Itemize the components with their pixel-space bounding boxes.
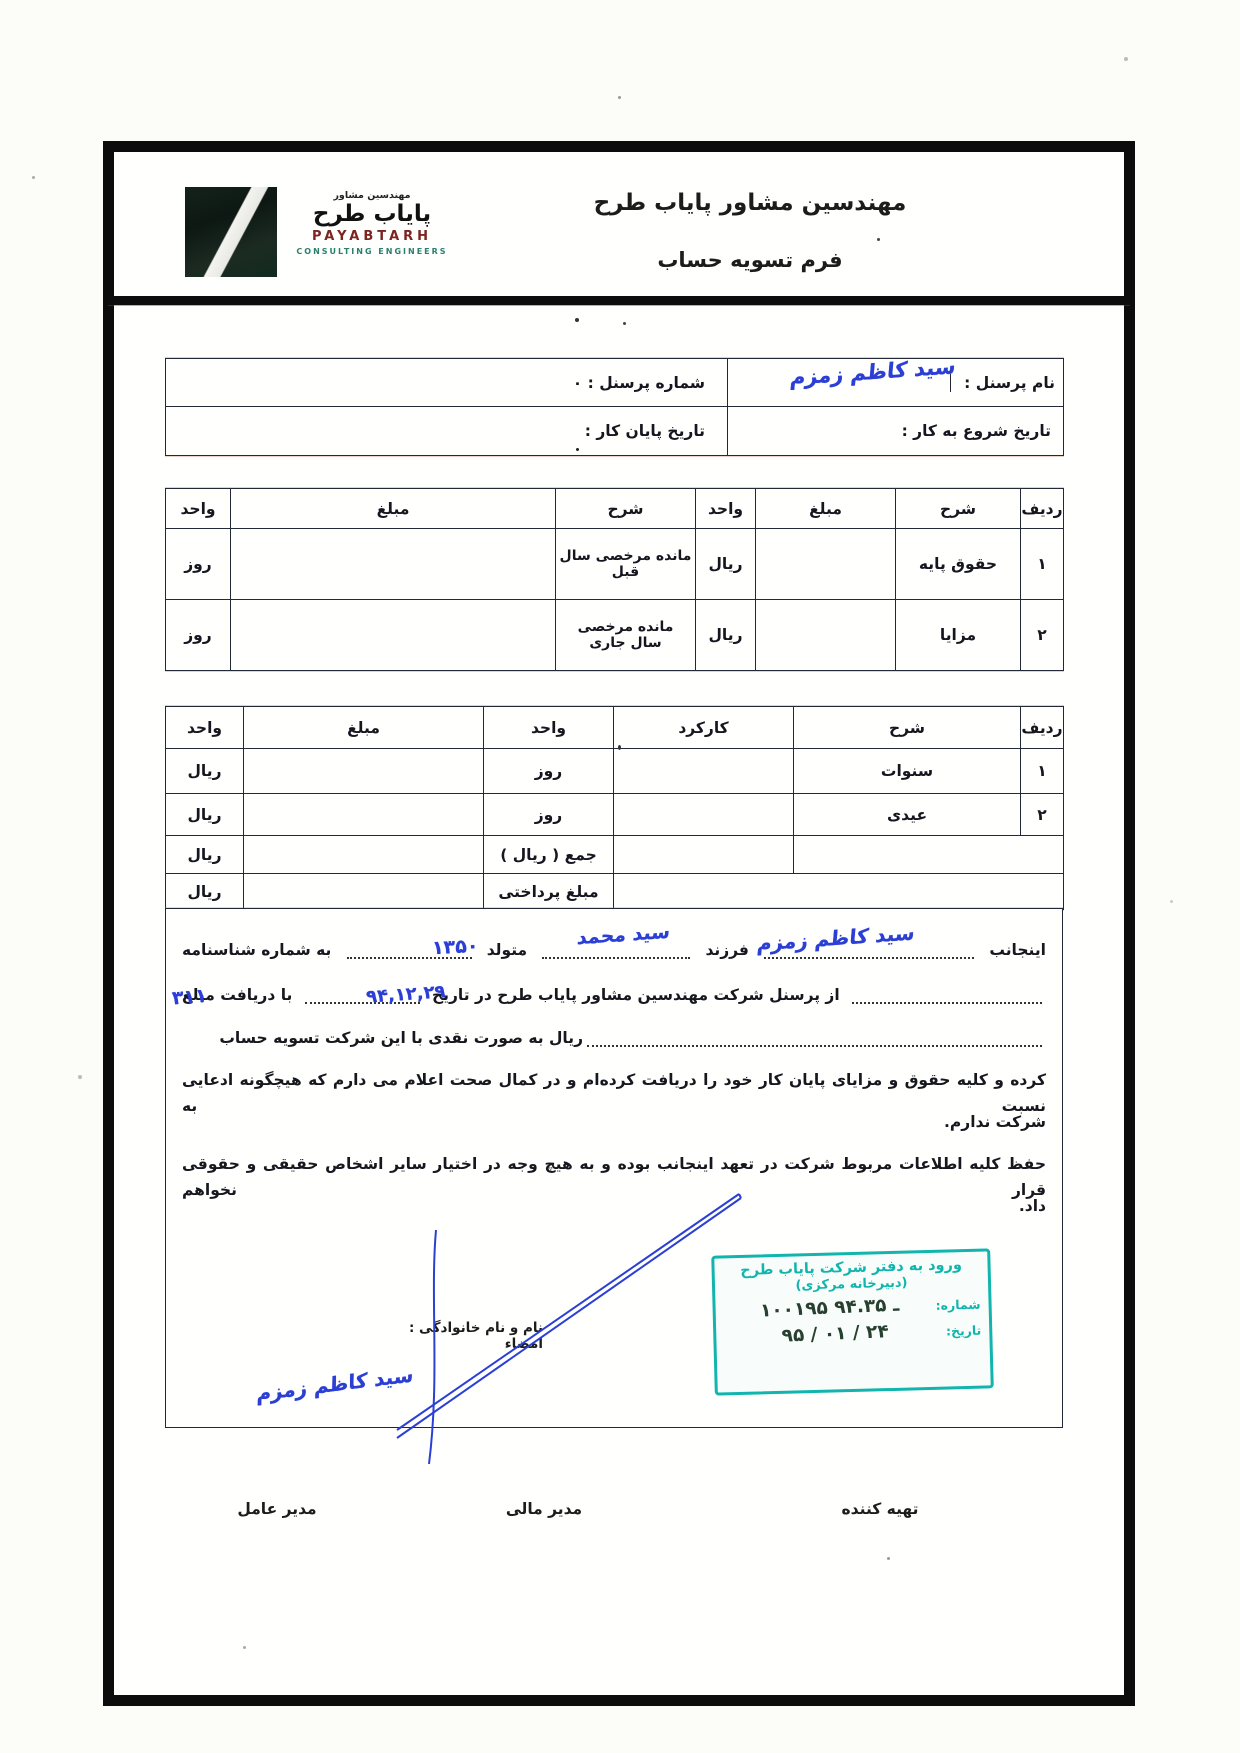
scanned-settlement-form: مهندسین مشاور پایاب طرح PAYABTARH CONSUL… — [0, 0, 1240, 1753]
footer-prepared-by: تهیه کننده — [820, 1500, 940, 1518]
t2-r2-work — [614, 794, 794, 836]
t1-h-amount2: مبلغ — [231, 489, 556, 529]
end-date-cell: تاریخ پایان کار : — [166, 407, 728, 456]
t1-r2-amount2 — [231, 600, 556, 671]
t1-h-desc: شرح — [896, 489, 1021, 529]
scan-speck — [877, 238, 880, 241]
scan-speck — [78, 1075, 82, 1079]
scan-speck — [618, 96, 621, 99]
stamp-date-value: ۹۵ / ۰۱ / ۲۴ — [724, 1319, 946, 1350]
header-divider — [108, 296, 1130, 305]
scan-speck — [887, 1557, 890, 1560]
stamp-number-row: شماره: ۱۰۰۱۹۵ ـ ۹۴.۳۵ — [723, 1294, 980, 1322]
declaration-line-5: شرکت ندارم. — [182, 1109, 1046, 1135]
t2-paid-empty-right — [614, 874, 1064, 910]
personnel-no-cell: شماره پرسنل : ۰ — [166, 359, 728, 407]
settlement-table: ردیف شرح کارکرد واحد مبلغ واحد ۱ سنوات ر… — [165, 706, 1064, 910]
t2-total-unit: ریال — [166, 836, 244, 874]
decl-l3: ریال به صورت نقدی با این شرکت تسویه حساب — [219, 1025, 583, 1051]
t1-r1-desc2: مانده مرخصی سال قبل — [556, 529, 696, 600]
t1-r2-amount — [756, 600, 896, 671]
decl-l1-a: اینجانب — [989, 937, 1046, 963]
scan-speck — [243, 1646, 246, 1649]
t1-r1-desc: حقوق پایه — [896, 529, 1021, 600]
scan-speck — [618, 745, 621, 750]
t2-total-work — [614, 836, 794, 874]
decl-l2-a: از پرسنل شرکت مهندسین مشاور پایاب طرح در… — [432, 982, 840, 1008]
scan-speck — [32, 176, 35, 179]
scan-speck — [575, 318, 579, 322]
dotted-blank-father — [542, 957, 690, 959]
scan-speck — [1124, 57, 1128, 61]
decl-l1-c: متولد — [487, 937, 527, 963]
personnel-name-label: نام پرسنل : — [950, 374, 1063, 392]
dotted-blank-amount — [587, 1045, 1042, 1047]
t1-h-row: ردیف — [1021, 489, 1064, 529]
stamp-date-label: تاریخ: — [946, 1323, 982, 1339]
t2-h-amount: مبلغ — [244, 707, 484, 749]
t2-r2-desc: عیدی — [794, 794, 1021, 836]
t2-paid-label: مبلغ پرداختی — [484, 874, 614, 910]
logo-brand-fa-small: مهندسین مشاور — [281, 190, 463, 201]
t2-h-work: کارکرد — [614, 707, 794, 749]
t2-r2-unit: روز — [484, 794, 614, 836]
t1-r2-desc: مزایا — [896, 600, 1021, 671]
company-logo-text: مهندسین مشاور پایاب طرح PAYABTARH CONSUL… — [281, 190, 463, 256]
decl-l1-d: به شماره شناسنامه — [182, 937, 331, 963]
stamp-number-value: ۱۰۰۱۹۵ ـ ۹۴.۳۵ — [723, 1293, 936, 1323]
footer-managing-director: مدیر عامل — [217, 1500, 337, 1518]
t1-r2-unit2: روز — [166, 600, 231, 671]
dotted-blank-id — [852, 1002, 1042, 1004]
t2-total-empty-right — [794, 836, 1064, 874]
pen-signature-stroke — [372, 1172, 764, 1468]
scan-speck — [576, 448, 579, 451]
t1-r1-amount — [756, 529, 896, 600]
decl-l1-b: فرزند — [705, 937, 749, 963]
t2-h-unit: واحد — [484, 707, 614, 749]
t2-h-unit2: واحد — [166, 707, 244, 749]
t2-h-row: ردیف — [1021, 707, 1064, 749]
logo-brand-en: PAYABTARH — [281, 229, 463, 244]
t1-r2-unit: ریال — [696, 600, 756, 671]
stamp-date-row: تاریخ: ۹۵ / ۰۱ / ۲۴ — [724, 1320, 981, 1348]
t2-r1-desc: سنوات — [794, 749, 1021, 794]
dotted-blank-name — [764, 957, 974, 959]
t1-r2-no: ۲ — [1021, 600, 1064, 671]
scan-speck — [623, 322, 626, 325]
t1-r1-amount2 — [231, 529, 556, 600]
t2-r1-unit: روز — [484, 749, 614, 794]
t2-r1-work — [614, 749, 794, 794]
declaration-line-2: از پرسنل شرکت مهندسین مشاور پایاب طرح در… — [182, 982, 1046, 1008]
company-logo-image — [185, 187, 277, 277]
logo-brand-en-sub: CONSULTING ENGINEERS — [281, 247, 463, 256]
t2-r2-amount — [244, 794, 484, 836]
t1-r1-unit2: روز — [166, 529, 231, 600]
t2-paid-unit: ریال — [166, 874, 244, 910]
scan-speck — [1170, 900, 1173, 903]
logo-brand-fa: پایاب طرح — [281, 201, 463, 227]
t1-h-amount: مبلغ — [756, 489, 896, 529]
t2-r1-unit2: ریال — [166, 749, 244, 794]
start-date-cell: تاریخ شروع به کار : — [728, 407, 1064, 456]
handwritten-id-number: ۳۱۱ — [171, 985, 208, 1010]
salary-table: ردیف شرح مبلغ واحد شرح مبلغ واحد ۱ حقوق … — [165, 488, 1064, 671]
t2-paid-amount — [244, 874, 484, 910]
t2-total-amount — [244, 836, 484, 874]
t1-r1-no: ۱ — [1021, 529, 1064, 600]
t2-r1-amount — [244, 749, 484, 794]
t1-h-desc2: شرح — [556, 489, 696, 529]
footer-finance-manager: مدیر مالی — [484, 1500, 604, 1518]
t2-h-desc: شرح — [794, 707, 1021, 749]
stamp-number-label: شماره: — [935, 1297, 980, 1313]
t2-r2-unit2: ریال — [166, 794, 244, 836]
t2-r1-no: ۱ — [1021, 749, 1064, 794]
form-title: فرم تسویه حساب — [540, 248, 960, 272]
t1-r2-desc2: مانده مرخصی سال جاری — [556, 600, 696, 671]
company-title: مهندسین مشاور پایاب طرح — [540, 190, 960, 216]
declaration-line-3: ریال به صورت نقدی با این شرکت تسویه حساب — [182, 1025, 1046, 1051]
t1-h-unit: واحد — [696, 489, 756, 529]
handwritten-birth-year: ۱۳۵۰ — [431, 935, 478, 959]
t2-r2-no: ۲ — [1021, 794, 1064, 836]
t2-total-label: جمع ( ریال ) — [484, 836, 614, 874]
office-entry-stamp: ورود به دفتر شرکت پایاب طرح (دبیرخانه مر… — [711, 1248, 994, 1395]
t1-r1-unit: ریال — [696, 529, 756, 600]
t1-h-unit2: واحد — [166, 489, 231, 529]
